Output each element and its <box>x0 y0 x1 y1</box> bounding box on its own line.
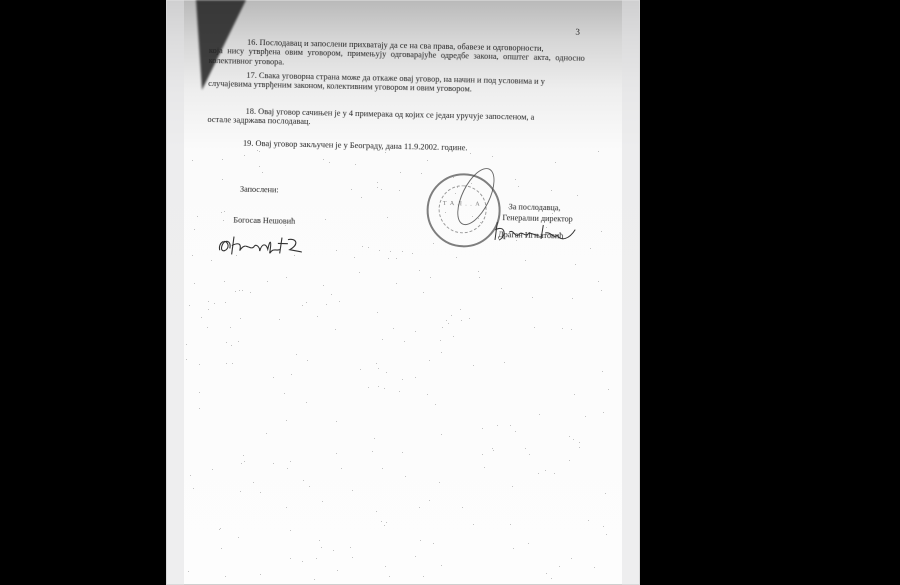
employer-signature <box>491 218 582 246</box>
paragraph-19: 19. Овај уговор закључен је у Београду, … <box>243 139 563 155</box>
employer-label: За послодавца, <box>509 202 561 212</box>
paragraph-18-rest: остале задржава послодавац. <box>207 115 310 126</box>
paragraph-17: 17. Свака уговорна страна може да откаже… <box>208 70 584 97</box>
paragraph-19-text: 19. Овај уговор закључен је у Београду, … <box>243 139 468 153</box>
page-number: 3 <box>575 28 580 37</box>
document-page: 3 16. Послодавац и запослени прихватају … <box>166 0 640 585</box>
paragraph-18: 18. Овај уговор сачињен је у 4 примерака… <box>207 106 583 133</box>
document-content: 3 16. Послодавац и запослени прихватају … <box>154 0 640 585</box>
employee-label: Запослени: <box>240 185 279 195</box>
paragraph-16: 16. Послодавац и запослени прихватају да… <box>209 37 586 73</box>
